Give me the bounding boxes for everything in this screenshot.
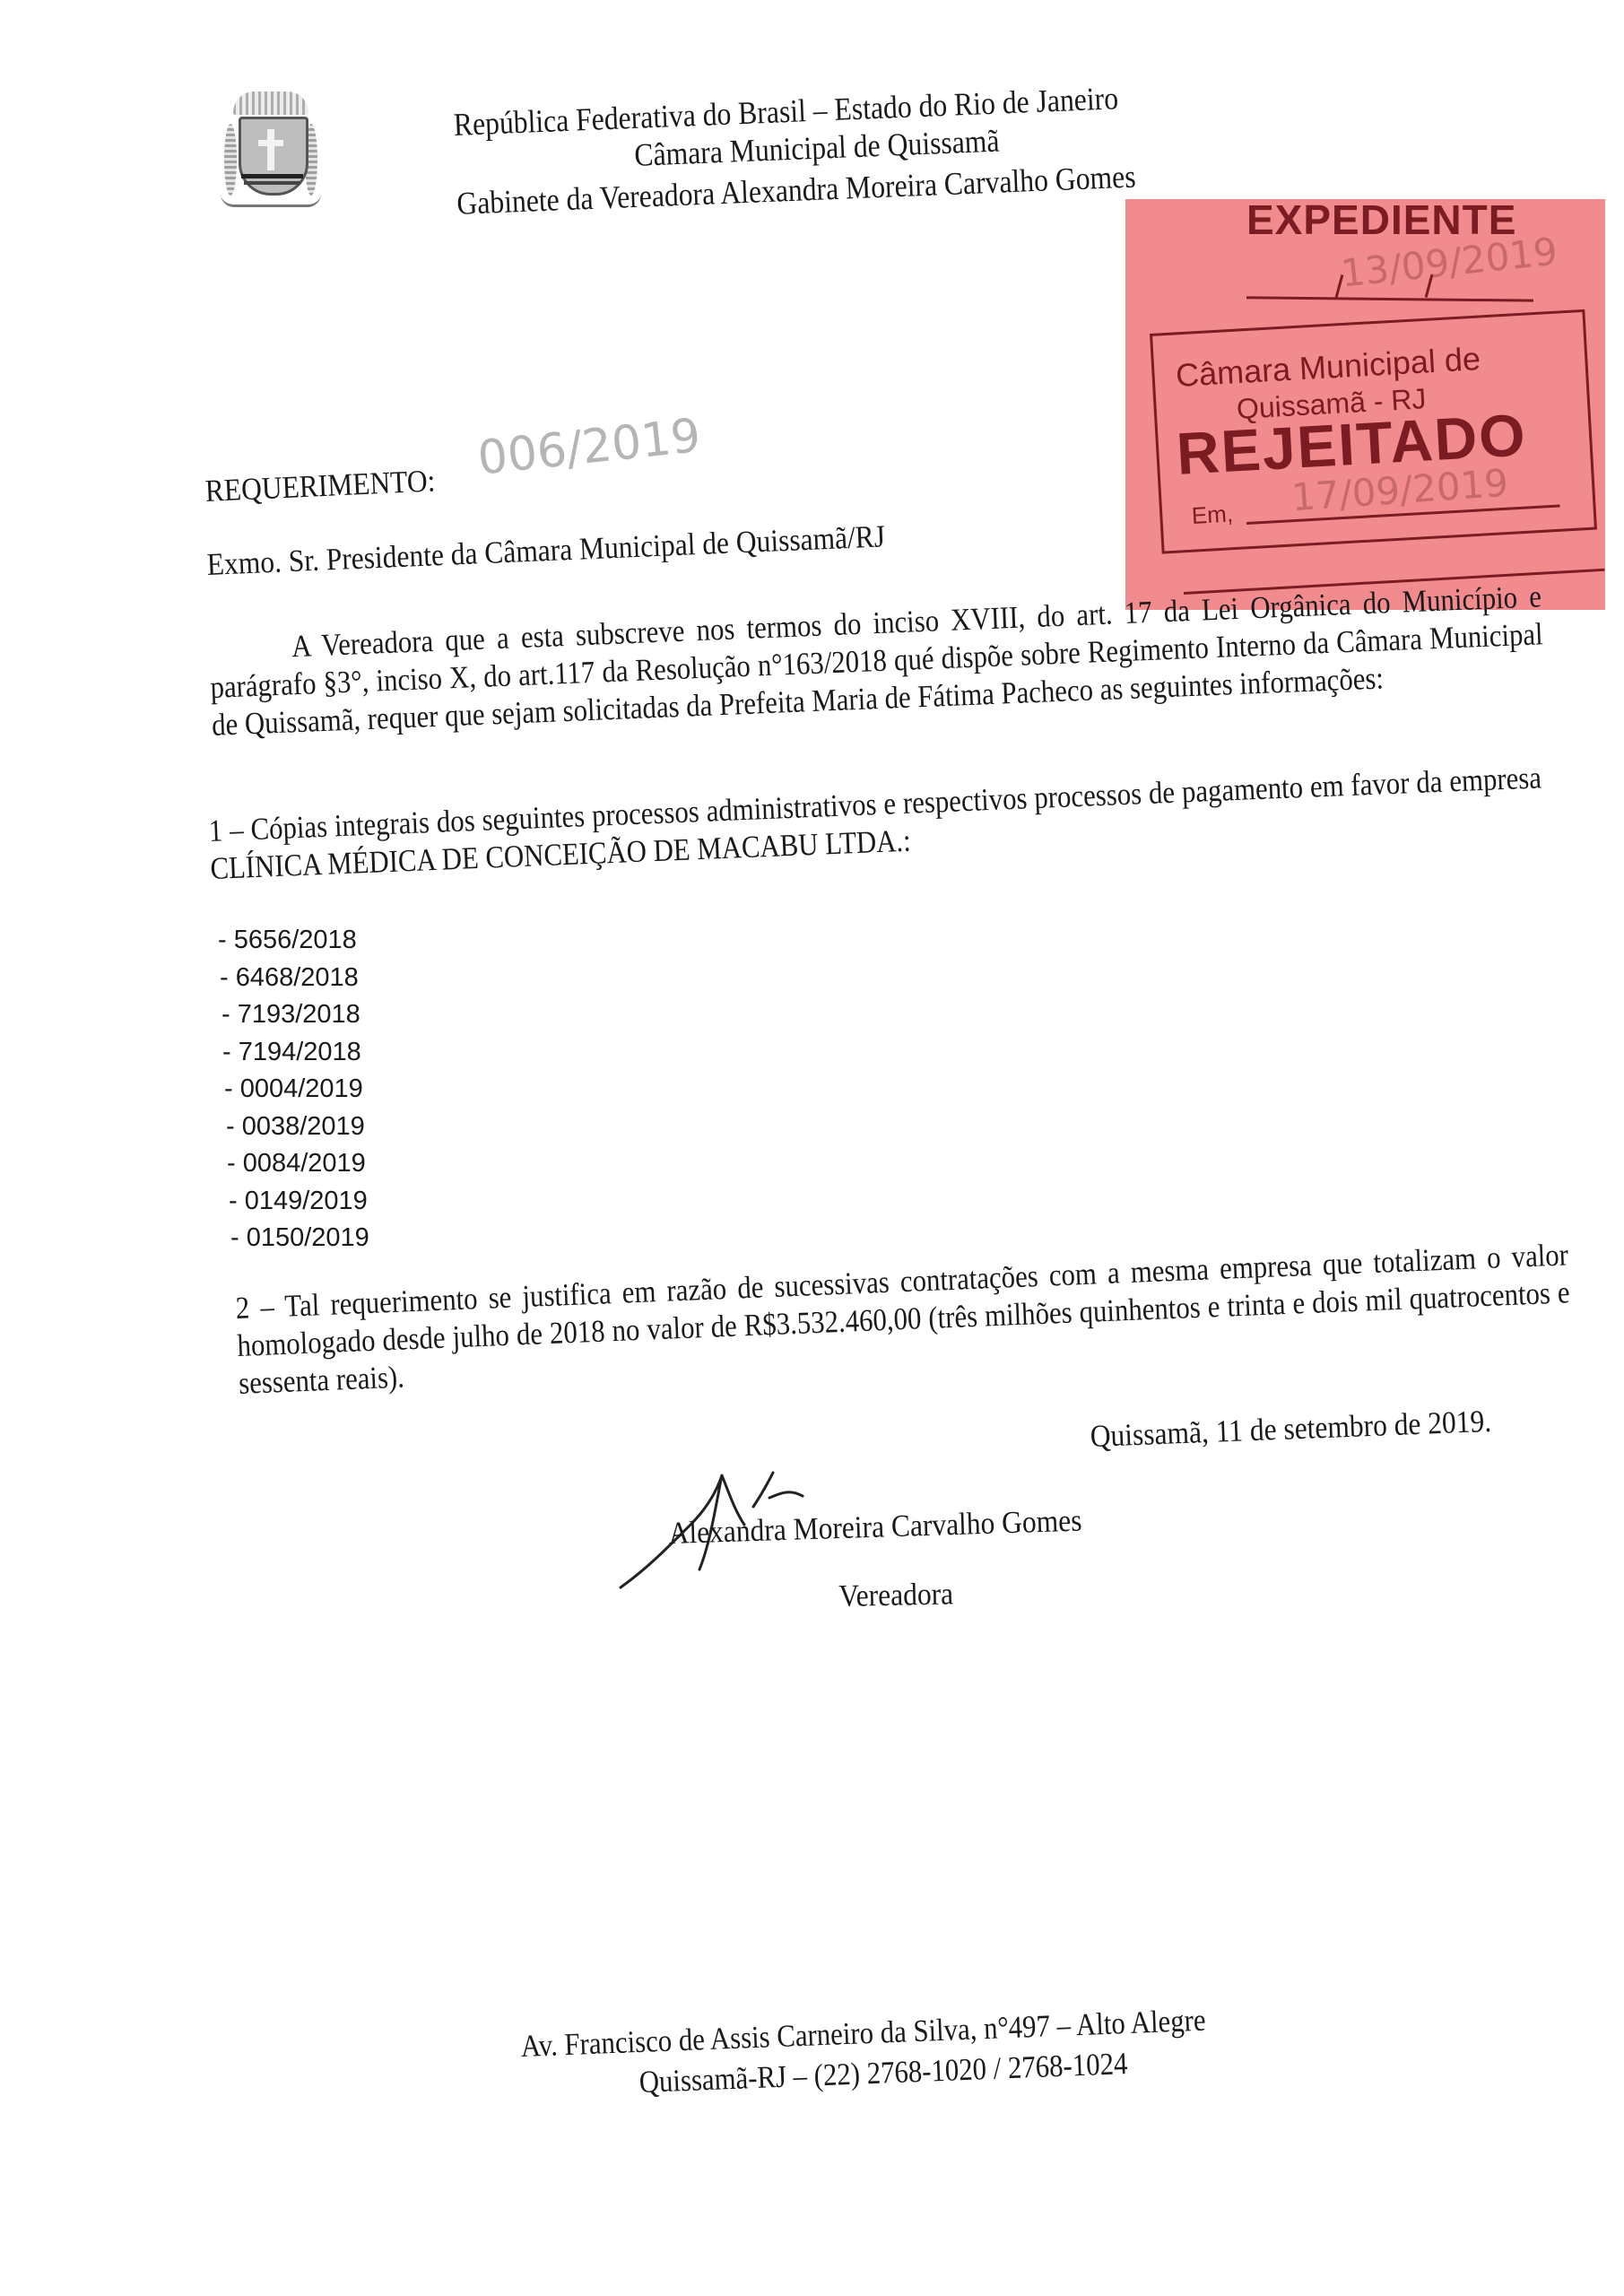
list-item: - 7193/2018: [221, 996, 360, 1034]
list-item: - 0038/2019: [226, 1109, 365, 1146]
list-item: - 7194/2018: [222, 1034, 361, 1072]
letterhead: República Federativa do Brasil – Estado …: [453, 74, 1259, 106]
list-item: - 6468/2018: [220, 960, 359, 997]
list-item: - 0149/2019: [229, 1183, 368, 1221]
ribbon-icon: [221, 194, 321, 207]
coat-of-arms-icon: [208, 88, 334, 213]
intro-paragraph: A Vereadora que a esta subscreve nos ter…: [208, 578, 1548, 744]
list-item: - 0004/2019: [224, 1071, 363, 1109]
intro-text: A Vereadora que a esta subscreve nos ter…: [210, 578, 1544, 743]
shield-band: [244, 181, 300, 185]
item-2-text: 2 – Tal requerimento se justifica em raz…: [235, 1237, 1570, 1401]
stamp-em-label: Em,: [1191, 500, 1234, 530]
item-1-paragraph: 1 – Cópias integrais dos seguintes proce…: [208, 759, 1546, 888]
process-list: - 5656/2018 - 6468/2018 - 7193/2018 - 71…: [218, 922, 357, 1257]
cross-bar: [258, 140, 283, 146]
list-item: - 0150/2019: [230, 1220, 369, 1257]
scanned-document-page: República Federativa do Brasil – Estado …: [0, 0, 1624, 2296]
item-1-text: 1 – Cópias integrais dos seguintes proce…: [208, 760, 1542, 886]
palm-leaf-icon: [224, 124, 237, 196]
signatory-role: Vereadora: [838, 1576, 953, 1614]
shield-band: [241, 174, 303, 178]
crown-icon: [233, 91, 308, 115]
item-2-paragraph: 2 – Tal requerimento se justifica em raz…: [235, 1236, 1575, 1403]
list-item: - 0084/2019: [227, 1145, 366, 1183]
handwritten-request-number: 006/2019: [475, 409, 703, 486]
document-title: REQUERIMENTO:: [204, 463, 436, 509]
addressee: Exmo. Sr. Presidente da Câmara Municipal…: [206, 518, 886, 583]
cross-icon: [267, 129, 274, 170]
document-date: Quissamã, 11 de setembro de 2019.: [1090, 1404, 1492, 1455]
list-item: - 5656/2018: [218, 922, 357, 960]
